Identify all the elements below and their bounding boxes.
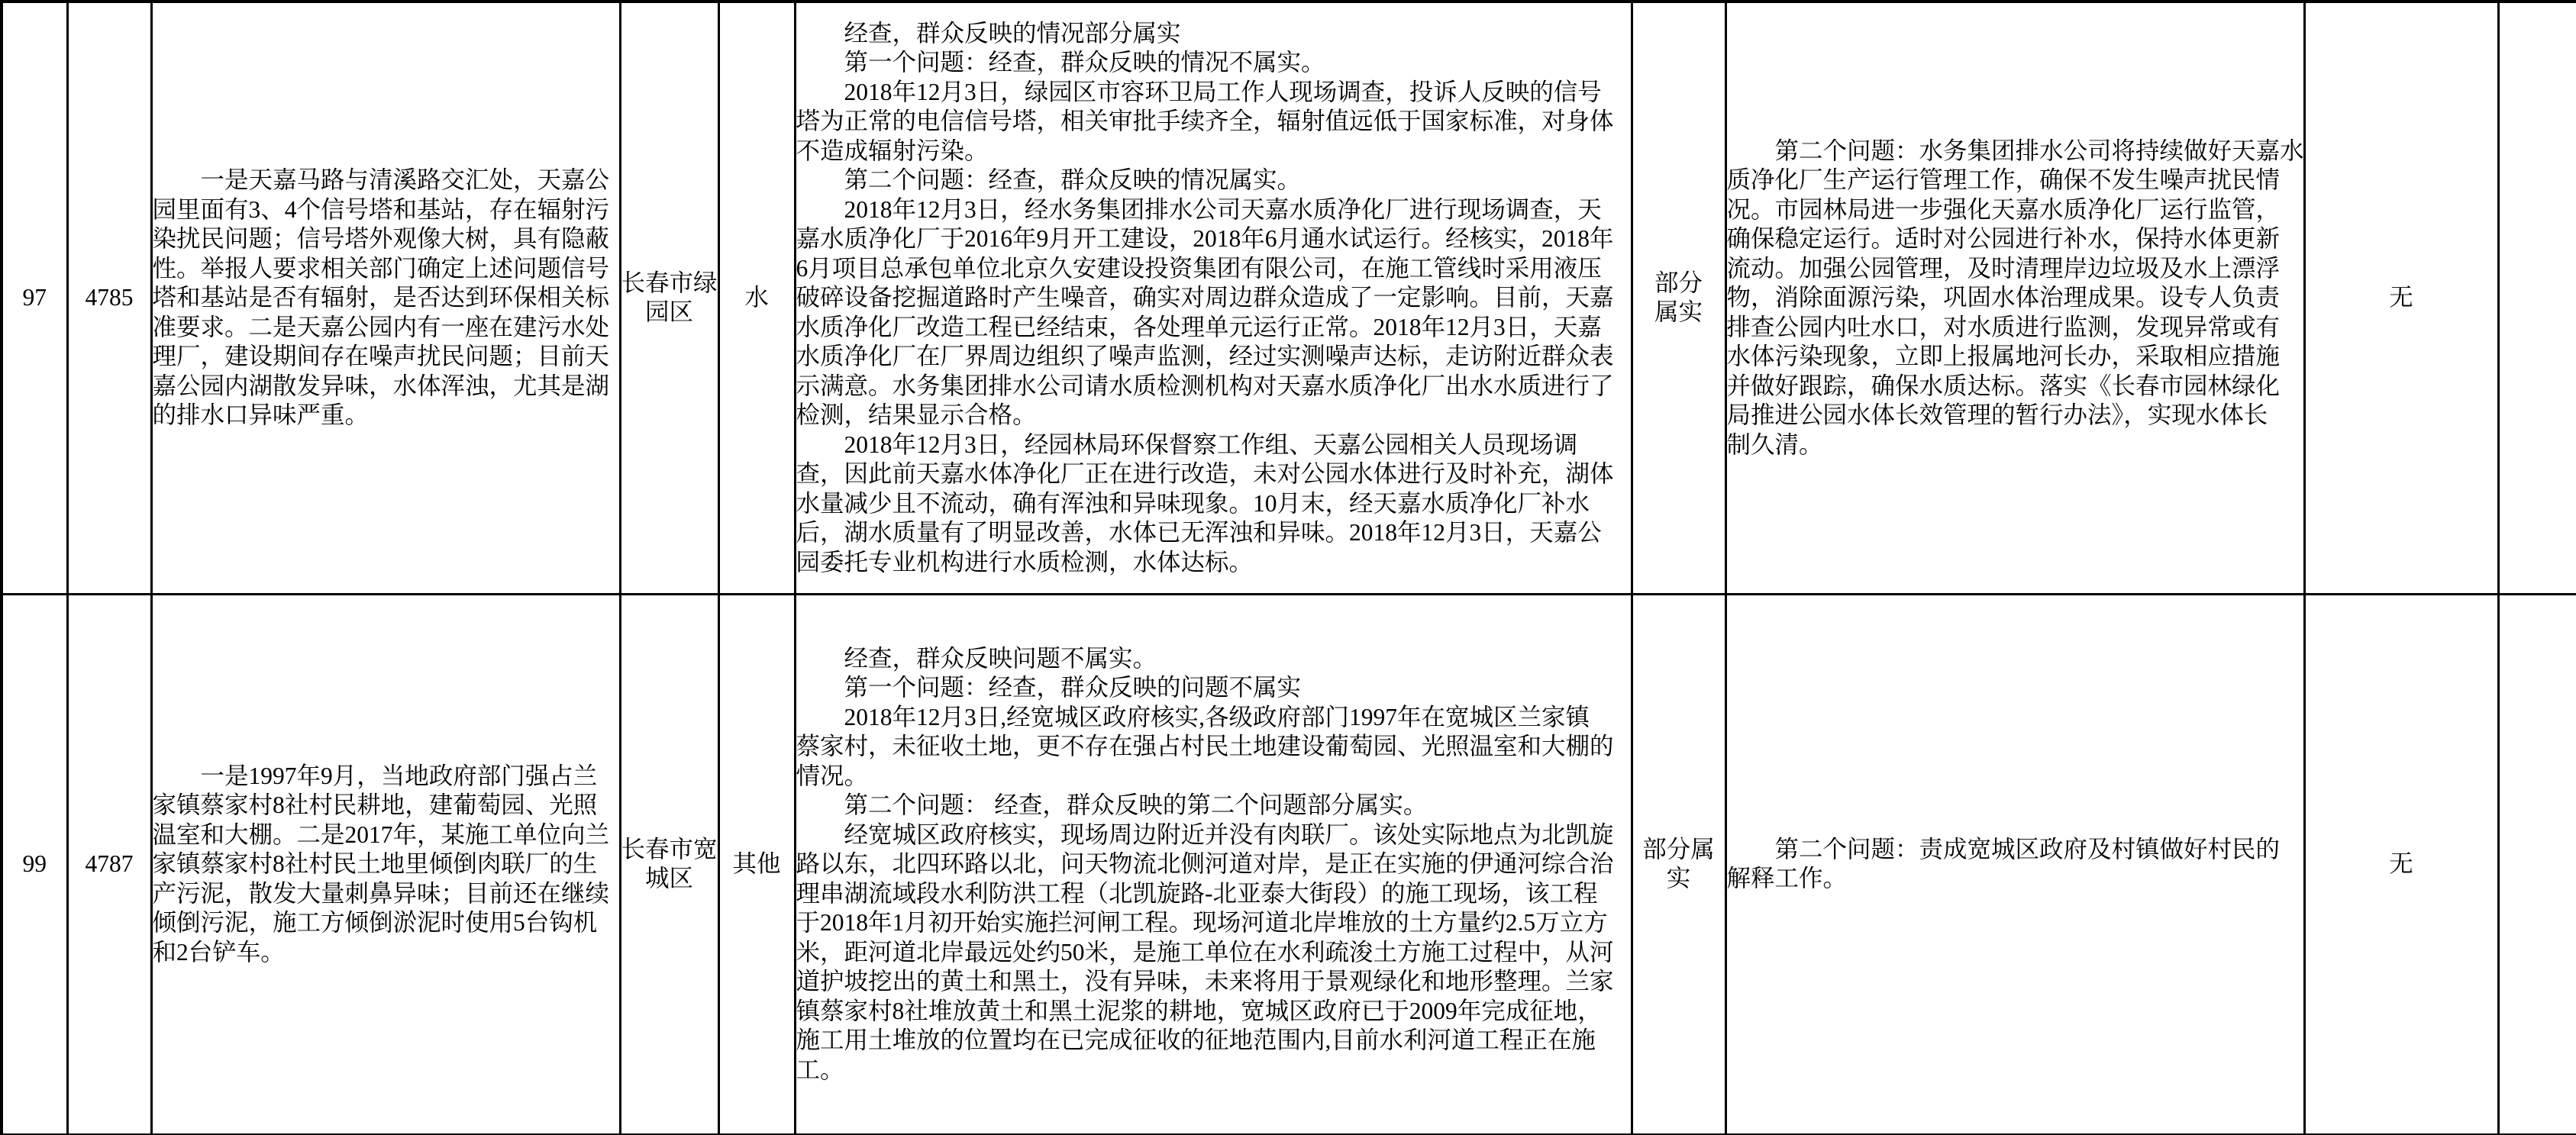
rectification-cell: 第二个问题：水务集团排水公司将持续做好天嘉水质净化厂生产运行管理工作，确保不发生… — [1725, 2, 2304, 594]
seq-cell: 99 — [2, 594, 67, 1135]
paragraph: 经查，群众反映的情况部分属实 — [796, 19, 1631, 49]
text-line: 嘉公园内湖散发异味，水体浑浊，尤其是湖 — [153, 372, 619, 401]
text-line: 蔡家村，未征收土地，更不存在强占村民土地建设葡萄园、光照温室和大棚的 — [796, 732, 1631, 762]
paragraph: 第二个问题：经查，群众反映的情况属实。 — [796, 166, 1631, 195]
text-line: 第二个问题：经查，群众反映的情况属实。 — [796, 166, 1631, 195]
text-line: 一是天嘉马路与清溪路交汇处，天嘉公 — [153, 166, 619, 195]
paragraph: 第二个问题： 经查，群众反映的第二个问题部分属实。 — [796, 791, 1631, 821]
text-line: 排查公园内吐水口，对水质进行监测，发现异常或有 — [1727, 313, 2303, 343]
text-line: 物，消除面源污染，巩固水体治理成果。设专人负责 — [1727, 283, 2303, 313]
paragraph: 第二个问题：水务集团排水公司将持续做好天嘉水质净化厂生产运行管理工作，确保不发生… — [1727, 137, 2303, 460]
text-line: 查，因此前天嘉水体净化厂正在进行改造，未对公园水体进行及时补充，湖体 — [796, 459, 1631, 489]
verdict-cell: 部分属实 — [1632, 594, 1725, 1135]
rectification-cell: 第二个问题：责成宽城区政府及村镇做好村民的解释工作。 — [1725, 594, 2304, 1135]
text-line: 倾倒污泥，施工方倾倒淤泥时使用5台钩机 — [153, 908, 619, 938]
text-line: 施工用土堆放的位置均在已完成征收的征地范围内,目前水利河道工程正在施 — [796, 1026, 1631, 1056]
paragraph: 一是1997年9月，当地政府部门强占兰家镇蔡家村8社村民耕地，建葡萄园、光照温室… — [153, 762, 619, 968]
text-line: 道护坡挖出的黄土和黑土，没有异味，未来将用于景观绿化和地形整理。兰家 — [796, 967, 1631, 997]
verdict-cell: 部分属实 — [1632, 2, 1725, 594]
text-line: 水质净化厂改造工程已经结束，各处理单元运行正常。2018年12月3日，天嘉 — [796, 313, 1631, 343]
text-line: 第一个问题：经查，群众反映的情况不属实。 — [796, 48, 1631, 78]
paragraph: 第一个问题：经查，群众反映的问题不属实 — [796, 673, 1631, 703]
paragraph: 2018年12月3日，经园林局环保督察工作组、天嘉公园相关人员现场调查，因此前天… — [796, 430, 1631, 578]
remarks-cell — [2498, 594, 2576, 1135]
table-row: 97 4785 一是天嘉马路与清溪路交汇处，天嘉公园里面有3、4个信号塔和基站，… — [2, 2, 2576, 594]
paragraph: 2018年12月3日，经水务集团排水公司天嘉水质净化厂进行现场调查，天嘉水质净化… — [796, 195, 1631, 430]
text-line: 局推进公园水体长效管理的暂行办法》，实现水体长 — [1727, 401, 2303, 430]
text-line: 嘉水质净化厂于2016年9月开工建设，2018年6月通水试运行。经核实，2018… — [796, 224, 1631, 254]
text-line: 工。 — [796, 1056, 1631, 1085]
text-line: 流动。加强公园管理，及时清理岸边垃圾及水上漂浮 — [1727, 254, 2303, 284]
text-line: 园委托专业机构进行水质检测，水体达标。 — [796, 548, 1631, 578]
text-line: 6月项目总承包单位北京久安建设投资集团有限公司，在施工管线时采用液压 — [796, 254, 1631, 284]
text-line: 塔和基站是否有辐射，是否达到环保相关标 — [153, 283, 619, 313]
investigation-findings-cell: 经查，群众反映的情况部分属实第一个问题：经查，群众反映的情况不属实。2018年1… — [795, 2, 1632, 594]
text-line: 并做好跟踪，确保水质达标。落实《长春市园林绿化 — [1727, 372, 2303, 401]
text-line: 水量减少且不流动，确有浑浊和异味现象。10月末，经天嘉水质净化厂补水 — [796, 489, 1631, 519]
text-line: 2018年12月3日，经园林局环保督察工作组、天嘉公园相关人员现场调 — [796, 430, 1631, 460]
text-line: 示满意。水务集团排水公司请水质检测机构对天嘉水质净化厂出水水质进行了 — [796, 372, 1631, 401]
text-line: 准要求。二是天嘉公园内有一座在建污水处 — [153, 313, 619, 343]
text-line: 于2018年1月初开始实施拦河闸工程。现场河道北岸堆放的土方量约2.5万立方 — [796, 908, 1631, 938]
text-line: 2018年12月3日，经水务集团排水公司天嘉水质净化厂进行现场调查，天 — [796, 195, 1631, 225]
text-line: 破碎设备挖掘道路时产生噪音，确实对周边群众造成了一定影响。目前，天嘉 — [796, 283, 1631, 313]
complaint-handling-table: 97 4785 一是天嘉马路与清溪路交汇处，天嘉公园里面有3、4个信号塔和基站，… — [0, 0, 2576, 1135]
text-line: 塔为正常的电信信号塔，相关审批手续齐全，辐射值远低于国家标准，对身体 — [796, 107, 1631, 137]
text-line: 解释工作。 — [1727, 864, 2303, 894]
text-line: 质净化厂生产运行管理工作，确保不发生噪声扰民情 — [1727, 166, 2303, 195]
text-line: 路以东，北四环路以北，问天物流北侧河道对岸，是正在实施的伊通河综合治 — [796, 850, 1631, 879]
text-line: 经宽城区政府核实，现场周边附近并没有肉联厂。该处实际地点为北凯旋 — [796, 821, 1631, 850]
paragraph: 经宽城区政府核实，现场周边附近并没有肉联厂。该处实际地点为北凯旋路以东，北四环路… — [796, 821, 1631, 1085]
text-line: 理厂，建设期间存在噪声扰民问题；目前天 — [153, 342, 619, 372]
text-line: 确保稳定运行。适时对公园进行补水，保持水体更新 — [1727, 224, 2303, 254]
text-line: 况。市园林局进一步强化天嘉水质净化厂运行监管， — [1727, 195, 2303, 225]
text-line: 水质净化厂在厂界周边组织了噪声监测，经过实测噪声达标，走访附近群众表 — [796, 342, 1631, 372]
text-line: 米，距河道北岸最远处约50米，是施工单位在水利疏浚土方施工过程中，从河 — [796, 938, 1631, 968]
text-line: 经查，群众反映问题不属实。 — [796, 644, 1631, 674]
complaint-content-cell: 一是天嘉马路与清溪路交汇处，天嘉公园里面有3、4个信号塔和基站，存在辐射污染扰民… — [151, 2, 620, 594]
document-page: 97 4785 一是天嘉马路与清溪路交汇处，天嘉公园里面有3、4个信号塔和基站，… — [0, 0, 2576, 1135]
text-line: 镇蔡家村8社堆放黄土和黑土泥浆的耕地，宽城区政府已于2009年完成征地， — [796, 997, 1631, 1027]
text-line: 2018年12月3日,经宽城区政府核实,各级政府部门1997年在宽城区兰家镇 — [796, 703, 1631, 733]
accountability-cell: 无 — [2304, 2, 2498, 594]
text-line: 水体污染现象，立即上报属地河长办，采取相应措施 — [1727, 342, 2303, 372]
text-line: 家镇蔡家村8社村民耕地，建葡萄园、光照 — [153, 791, 619, 821]
text-line: 第二个问题：责成宽城区政府及村镇做好村民的 — [1727, 835, 2303, 865]
text-line: 制久清。 — [1727, 430, 2303, 460]
text-line: 和2台铲车。 — [153, 938, 619, 968]
text-line: 检测，结果显示合格。 — [796, 401, 1631, 430]
pollution-category-cell: 水 — [718, 2, 795, 594]
paragraph: 2018年12月3日,经宽城区政府核实,各级政府部门1997年在宽城区兰家镇蔡家… — [796, 703, 1631, 792]
seq-cell: 97 — [2, 2, 67, 594]
paragraph: 2018年12月3日，绿园区市容环卫局工作人现场调查，投诉人反映的信号塔为正常的… — [796, 78, 1631, 166]
text-line: 性。举报人要求相关部门确定上述问题信号 — [153, 254, 619, 284]
text-line: 的排水口异味严重。 — [153, 401, 619, 430]
paragraph: 经查，群众反映问题不属实。 — [796, 644, 1631, 674]
pollution-category-cell: 其他 — [718, 594, 795, 1135]
text-line: 第一个问题：经查，群众反映的问题不属实 — [796, 673, 1631, 703]
accountability-cell: 无 — [2304, 594, 2498, 1135]
text-line: 第二个问题：水务集团排水公司将持续做好天嘉水 — [1727, 137, 2303, 166]
text-line: 园里面有3、4个信号塔和基站，存在辐射污 — [153, 195, 619, 225]
table-row: 99 4787 一是1997年9月，当地政府部门强占兰家镇蔡家村8社村民耕地，建… — [2, 594, 2576, 1135]
text-line: 后，湖水质量有了明显改善，水体已无浑浊和异味。2018年12月3日，天嘉公 — [796, 518, 1631, 548]
district-cell: 长春市绿园区 — [620, 2, 718, 594]
remarks-cell — [2498, 2, 2576, 594]
text-line: 理串湖流域段水利防洪工程（北凯旋路-北亚泰大街段）的施工现场，该工程 — [796, 879, 1631, 909]
text-line: 产污泥，散发大量刺鼻异味；目前还在继续 — [153, 879, 619, 909]
text-line: 经查，群众反映的情况部分属实 — [796, 19, 1631, 49]
paragraph: 一是天嘉马路与清溪路交汇处，天嘉公园里面有3、4个信号塔和基站，存在辐射污染扰民… — [153, 166, 619, 430]
text-line: 家镇蔡家村8社村民土地里倾倒肉联厂的生 — [153, 850, 619, 879]
text-line: 一是1997年9月，当地政府部门强占兰 — [153, 762, 619, 792]
text-line: 2018年12月3日，绿园区市容环卫局工作人现场调查，投诉人反映的信号 — [796, 78, 1631, 108]
complaint-content-cell: 一是1997年9月，当地政府部门强占兰家镇蔡家村8社村民耕地，建葡萄园、光照温室… — [151, 594, 620, 1135]
text-line: 情况。 — [796, 762, 1631, 792]
district-cell: 长春市宽城区 — [620, 594, 718, 1135]
investigation-findings-cell: 经查，群众反映问题不属实。第一个问题：经查，群众反映的问题不属实2018年12月… — [795, 594, 1632, 1135]
text-line: 第二个问题： 经查，群众反映的第二个问题部分属实。 — [796, 791, 1631, 821]
text-line: 染扰民问题；信号塔外观像大树，具有隐蔽 — [153, 224, 619, 254]
text-line: 温室和大棚。二是2017年，某施工单位向兰 — [153, 821, 619, 850]
case-number-cell: 4787 — [67, 594, 151, 1135]
case-number-cell: 4785 — [67, 2, 151, 594]
paragraph: 第一个问题：经查，群众反映的情况不属实。 — [796, 48, 1631, 78]
paragraph: 第二个问题：责成宽城区政府及村镇做好村民的解释工作。 — [1727, 835, 2303, 894]
text-line: 不造成辐射污染。 — [796, 137, 1631, 166]
